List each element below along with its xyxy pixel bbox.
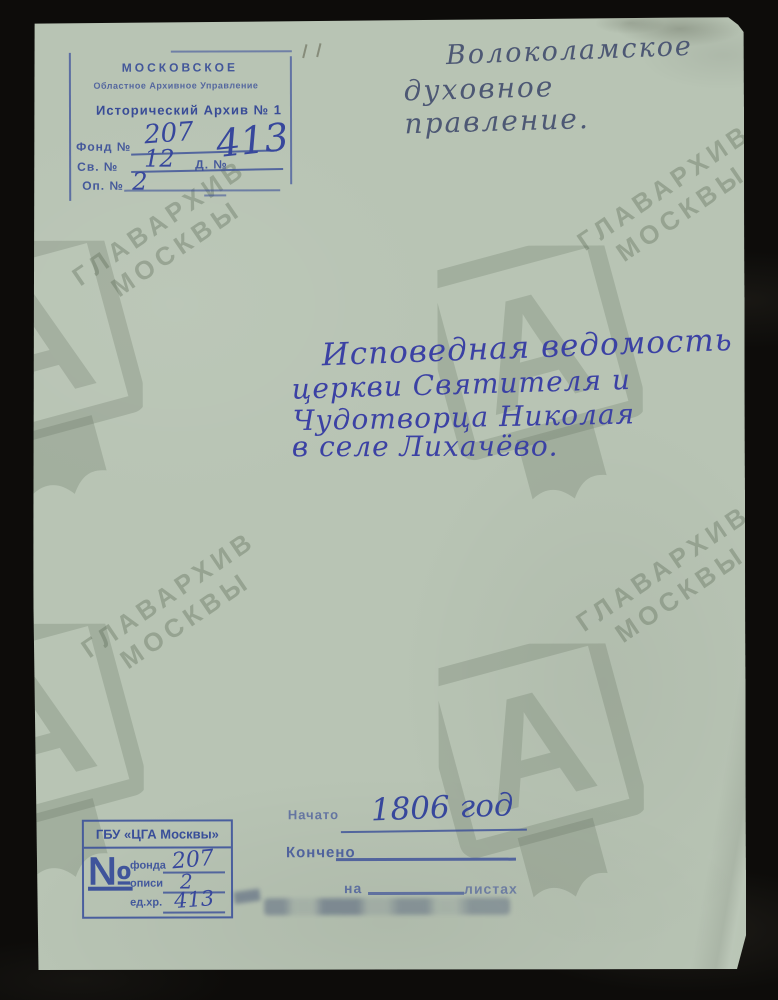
- stamp-border: [290, 56, 292, 184]
- header-note-line2: духовное правление.: [403, 65, 745, 141]
- stamp-line: [336, 858, 516, 861]
- fond-label: Фонд №: [76, 140, 131, 154]
- ink-smudge: [233, 889, 260, 905]
- on-label: на: [344, 880, 362, 896]
- stamp-line: [368, 892, 464, 895]
- pencil-mark: [316, 43, 321, 57]
- archive-folder-cover: А ГЛАВАРХИВ МОСКВЫ А ГЛАВАРХИВ МОСКВЫ А: [32, 17, 746, 971]
- stamp-org-subtitle: Областное Архивное Управление: [82, 80, 270, 90]
- stamp-line: [124, 189, 280, 191]
- number-sign: №: [88, 850, 133, 895]
- opis-label: Оп. №: [82, 179, 124, 193]
- delo-value: 413: [214, 115, 291, 167]
- sv-label: Св. №: [77, 160, 118, 174]
- scanned-document: А ГЛАВАРХИВ МОСКВЫ А ГЛАВАРХИВ МОСКВЫ А: [0, 0, 778, 1000]
- gbu-opis-label: описи: [130, 878, 163, 890]
- glavarkhiv-logo-icon: А: [438, 643, 644, 910]
- stamp-org-name: МОСКОВСКОЕ: [120, 60, 240, 74]
- gbu-item-value: 413: [173, 886, 215, 913]
- header-note-line1: Волоколамское: [445, 31, 693, 71]
- stamp-line: [163, 871, 225, 873]
- gbu-item-label: ед.хр.: [130, 897, 162, 909]
- stamp-line: [163, 911, 225, 913]
- gbu-header: ГБУ «ЦГА Москвы»: [84, 826, 231, 841]
- stamp-archive-name: Исторический Архив № 1: [96, 102, 282, 117]
- started-value: 1806 год: [370, 787, 514, 828]
- pencil-mark: [302, 44, 307, 58]
- archive-stamp-bottom: ГБУ «ЦГА Москвы» № фонда 207 описи 2 ед.…: [82, 819, 233, 918]
- stamp-border: [171, 50, 292, 52]
- gbu-fond-label: фонда: [130, 860, 166, 872]
- watermark-text: ГЛАВАРХИВ МОСКВЫ: [572, 117, 747, 282]
- stamp-border: [69, 53, 71, 201]
- title-line4: в селе Лихачёво.: [292, 430, 559, 464]
- started-label: Начато: [288, 807, 339, 822]
- stamp-dash: [204, 194, 226, 196]
- ink-smudge: [264, 898, 510, 916]
- sheets-label: листах: [464, 881, 518, 897]
- sv-value: 12: [144, 145, 175, 173]
- watermark-text: ГЛАВАРХИВ МОСКВЫ: [76, 525, 279, 690]
- watermark-text: ГЛАВАРХИВ МОСКВЫ: [571, 498, 747, 663]
